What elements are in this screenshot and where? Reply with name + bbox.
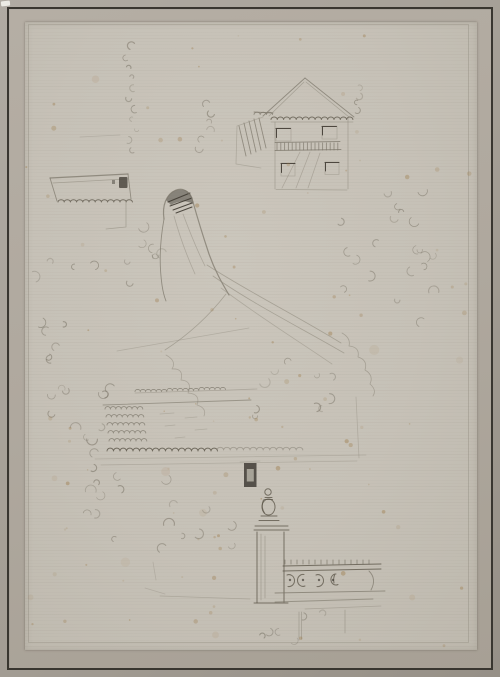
outbuilding-roof-sketch bbox=[50, 135, 132, 229]
gabled-house-sketch bbox=[236, 78, 354, 190]
picture-frame bbox=[0, 0, 500, 677]
drawing-sheet bbox=[25, 22, 477, 650]
balustrade-sketch bbox=[275, 560, 385, 593]
corner-highlight-artifact bbox=[1, 1, 10, 7]
small-dark-window-sketch bbox=[240, 461, 260, 487]
mat-board bbox=[10, 10, 491, 668]
pencil-sketch bbox=[25, 22, 477, 650]
ruled-border bbox=[29, 25, 469, 643]
foxing-layer bbox=[25, 34, 471, 647]
branch-sweeps-sketch bbox=[117, 265, 374, 416]
terrace-steps-sketch bbox=[145, 562, 381, 640]
arched-rock-sketch bbox=[160, 189, 229, 301]
foliage-layer bbox=[32, 42, 438, 645]
urn-pillar-sketch bbox=[254, 489, 289, 603]
